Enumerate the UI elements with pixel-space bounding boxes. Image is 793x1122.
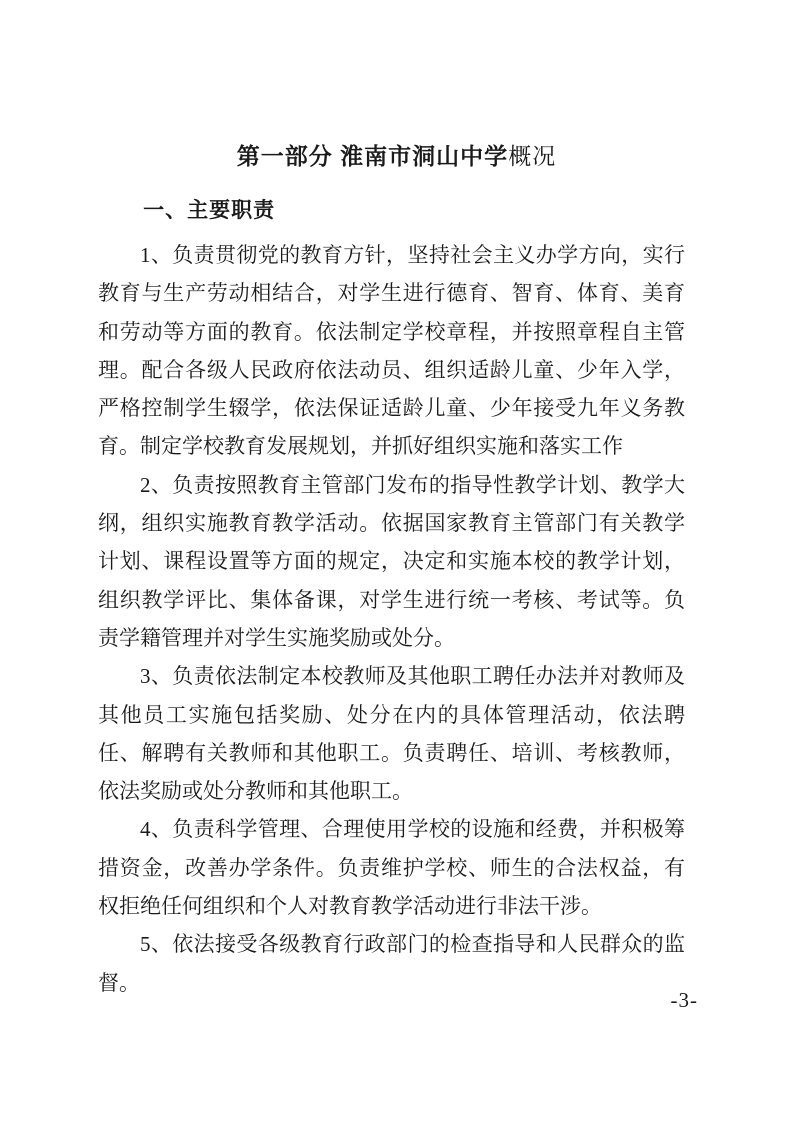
paragraph-duties-5: 5、依法接受各级教育行政部门的检查指导和人民群众的监督。 (98, 925, 685, 1002)
document-page: 第一部分 淮南市洞山中学概况 一、主要职责 1、负责贯彻党的教育方针，坚持社会主… (0, 0, 793, 1122)
paragraph-duties-2: 2、负责按照教育主管部门发布的指导性教学计划、教学大纲，组织实施教育教学活动。依… (98, 466, 685, 657)
document-title: 第一部分 淮南市洞山中学概况 (0, 138, 793, 174)
paragraph-duties-4: 4、负责科学管理、合理使用学校的设施和经费，并积极筹措资金，改善办学条件。负责维… (98, 810, 685, 925)
section-heading: 一、主要职责 (98, 194, 275, 228)
document-title-suffix: 概况 (508, 143, 556, 169)
document-title-main: 第一部分 淮南市洞山中学 (237, 143, 508, 169)
paragraph-duties-3: 3、负责依法制定本校教师及其他职工聘任办法并对教师及其他员工实施包括奖励、处分在… (98, 657, 685, 810)
paragraph-duties-1: 1、负责贯彻党的教育方针，坚持社会主义办学方向，实行教育与生产劳动相结合，对学生… (98, 236, 685, 466)
document-body: 1、负责贯彻党的教育方针，坚持社会主义办学方向，实行教育与生产劳动相结合，对学生… (98, 236, 685, 1002)
page-number: -3- (671, 986, 699, 1014)
